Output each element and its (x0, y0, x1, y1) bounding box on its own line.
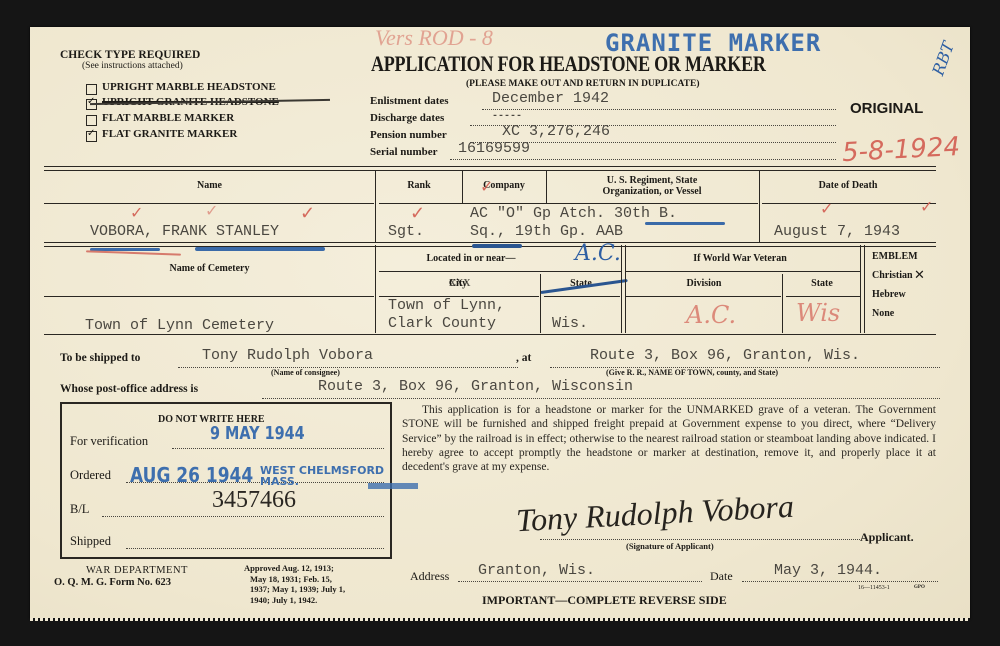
shipped-label: Shipped (70, 534, 111, 549)
pencil-check-icon: ✓ (300, 203, 315, 224)
header-regiment-line2: Organization, or Vessel (546, 186, 758, 197)
header-rule (379, 203, 758, 204)
header-rule (762, 203, 936, 204)
header-city: XXX City (376, 278, 540, 289)
original-label: ORIGINAL (850, 100, 923, 117)
applicant-suffix: Applicant. (860, 530, 914, 545)
signature-hint: (Signature of Applicant) (626, 541, 714, 551)
stamp-smudge (368, 483, 418, 489)
cell-division-handwritten: A.C. (686, 301, 736, 329)
serial-label: Serial number (370, 146, 438, 158)
ordered-date-stamp: AUG 26 1944 (130, 463, 253, 487)
pencil-check-icon: ✓ (205, 201, 218, 220)
verification-date-stamp: 9 MAY 1944 (210, 423, 305, 444)
header-division: Division (626, 278, 782, 289)
important-notice: IMPORTANT—COMPLETE REVERSE SIDE (482, 593, 727, 608)
checkbox-upright-marble[interactable] (86, 84, 97, 95)
pencil-check-icon: ✓ (410, 203, 425, 224)
column-divider (375, 171, 376, 243)
approved-dates: Approved Aug. 12, 1913; May 18, 1931; Fe… (244, 563, 345, 605)
headstone-application-card: CHECK TYPE REQUIRED (See instructions at… (30, 27, 970, 619)
pencil-check-icon: ✓ (920, 197, 933, 216)
applicant-signature[interactable]: Tony Rudolph Vobora (515, 488, 795, 539)
dotted-line (178, 367, 518, 368)
dotted-line (172, 448, 384, 449)
approved-line: Approved Aug. 12, 1913; (244, 563, 345, 574)
checkbox-flat-granite[interactable]: ✓ (86, 131, 97, 142)
date-label: Date (710, 569, 733, 584)
dotted-line (482, 109, 836, 110)
pencil-check-icon: ✓ (820, 199, 833, 218)
cell-rank: Sgt. (388, 223, 424, 240)
header-ww-veteran: If World War Veteran (622, 253, 858, 264)
handwritten-top-note: Vers ROD - 8 (375, 25, 493, 51)
column-divider (546, 171, 547, 203)
column-divider (621, 245, 626, 333)
table-top-rule (770, 166, 936, 171)
handwritten-corner-initials: RBT (928, 39, 958, 78)
bl-number[interactable]: 3457466 (212, 487, 296, 514)
address-label: Address (410, 569, 449, 584)
table-top-rule (44, 166, 770, 171)
column-divider (759, 171, 760, 243)
header-date-of-death: Date of Death (760, 180, 936, 191)
option-flat-granite-label: FLAT GRANITE MARKER (102, 128, 237, 140)
page-title: APPLICATION FOR HEADSTONE OR MARKER (371, 51, 766, 77)
war-department-label: WAR DEPARTMENT (86, 565, 188, 576)
gpo-mark: GPO (914, 585, 925, 590)
date-value[interactable]: May 3, 1944. (774, 562, 882, 579)
cell-company-line2: Sq., 19th Gp. AAB (470, 223, 677, 241)
header-rule (44, 296, 374, 297)
discharge-label: Discharge dates (370, 112, 444, 124)
pencil-underline (86, 250, 181, 255)
cell-city-line1: Town of Lynn, (388, 297, 505, 315)
enlistment-value[interactable]: December 1942 (492, 90, 609, 107)
emblem-option-christian[interactable]: Christian (872, 270, 913, 281)
consignee-hint: (Name of consignee) (271, 368, 340, 377)
dotted-line (742, 581, 938, 582)
pension-value[interactable]: XC 3,276,246 (502, 123, 610, 140)
header-rule (786, 296, 860, 297)
city-struck-text: XXX (449, 278, 471, 289)
pencil-underline (645, 222, 725, 225)
cell-city-line2: Clark County (388, 315, 505, 333)
column-divider (462, 171, 463, 203)
header-rule (626, 271, 860, 272)
at-value[interactable]: Route 3, Box 96, Granton, Wis. (590, 347, 860, 364)
stamp-place-line2: MASS. (260, 476, 384, 487)
header-company: Company (462, 180, 546, 191)
table-bottom-rule (44, 334, 936, 335)
header-regiment-line1: U. S. Regiment, State (546, 175, 758, 186)
x-mark-icon: ✕ (914, 267, 925, 283)
at-hint: (Give R. R., NAME OF TOWN, county, and S… (606, 368, 778, 377)
header-name: Name (44, 180, 375, 191)
header-rule (379, 271, 621, 272)
header-regiment: U. S. Regiment, State Organization, or V… (546, 175, 758, 197)
print-code: 16—11453-1 (858, 585, 890, 591)
header-rule (544, 296, 620, 297)
dotted-line (450, 159, 836, 160)
address-value[interactable]: Granton, Wis. (478, 562, 595, 579)
approved-line: 1940; July 1, 1942. (244, 595, 345, 606)
cell-city: Town of Lynn, Clark County (388, 297, 505, 333)
column-divider (375, 245, 376, 333)
shipped-to-value[interactable]: Tony Rudolph Vobora (202, 347, 373, 364)
check-type-title: CHECK TYPE REQUIRED (60, 49, 200, 61)
dotted-line (126, 548, 384, 549)
page-subtitle: (PLEASE MAKE OUT AND RETURN IN DUPLICATE… (466, 79, 699, 89)
ordered-place-stamp: WEST CHELMSFORD MASS. (260, 465, 384, 487)
ordered-label: Ordered (70, 468, 111, 483)
pencil-underline (195, 247, 325, 251)
header-rule (626, 296, 781, 297)
column-divider (860, 245, 865, 333)
dotted-line (458, 581, 702, 582)
at-label: , at (516, 352, 531, 364)
check-mark-icon: ✓ (87, 96, 95, 107)
header-ww-state: State (783, 278, 861, 289)
bl-label: B/L (70, 502, 89, 517)
cell-ww-state-handwritten: Wis (796, 299, 840, 327)
dotted-line (540, 539, 860, 540)
pencil-check-icon: ✓ (480, 177, 493, 196)
pencil-check-icon: ✓ (130, 203, 143, 222)
cell-date-of-death: August 7, 1943 (774, 223, 900, 240)
enlistment-label: Enlistment dates (370, 95, 449, 107)
handwritten-located-note: A.C. (575, 241, 621, 266)
header-rank: Rank (376, 180, 462, 191)
emblem-label: EMBLEM (872, 251, 918, 262)
dotted-line (102, 516, 384, 517)
cell-state: Wis. (552, 315, 588, 332)
check-type-subtitle: (See instructions attached) (82, 61, 183, 71)
check-mark-icon: ✓ (87, 128, 95, 139)
approved-line: May 18, 1931; Feb. 15, (244, 574, 345, 585)
option-flat-marble-label: FLAT MARBLE MARKER (102, 112, 234, 124)
column-divider (782, 274, 783, 333)
dotted-line (262, 398, 940, 399)
po-address-label: Whose post-office address is (60, 383, 198, 395)
approved-line: 1937; May 1, 1939; July 1, (244, 584, 345, 595)
serial-value[interactable]: 16169599 (458, 140, 530, 157)
header-located: Located in or near— (376, 253, 566, 264)
discharge-value[interactable]: ----- (492, 111, 522, 122)
handwritten-date-note: 5-8-1924 (841, 132, 960, 168)
pencil-underline (472, 244, 522, 248)
verification-label: For verification (70, 434, 148, 449)
emblem-option-hebrew[interactable]: Hebrew (872, 289, 906, 300)
statement-paragraph: This application is for a headstone or m… (402, 403, 936, 474)
cell-name: VOBORA, FRANK STANLEY (90, 223, 279, 240)
option-upright-marble-label: UPRIGHT MARBLE HEADSTONE (102, 81, 276, 93)
cell-company-line1: AC "O" Gp Atch. 30th B. (470, 205, 677, 223)
cell-cemetery: Town of Lynn Cemetery (85, 317, 274, 334)
city-label: XXX City (449, 278, 467, 289)
form-number: O. Q. M. G. Form No. 623 (54, 577, 171, 588)
header-cemetery: Name of Cemetery (44, 263, 375, 274)
emblem-option-none[interactable]: None (872, 308, 894, 319)
column-divider (540, 274, 541, 333)
checkbox-flat-marble[interactable] (86, 115, 97, 126)
shipped-to-label: To be shipped to (60, 352, 140, 364)
pension-label: Pension number (370, 129, 447, 141)
po-address-value[interactable]: Route 3, Box 96, Granton, Wisconsin (318, 378, 633, 395)
